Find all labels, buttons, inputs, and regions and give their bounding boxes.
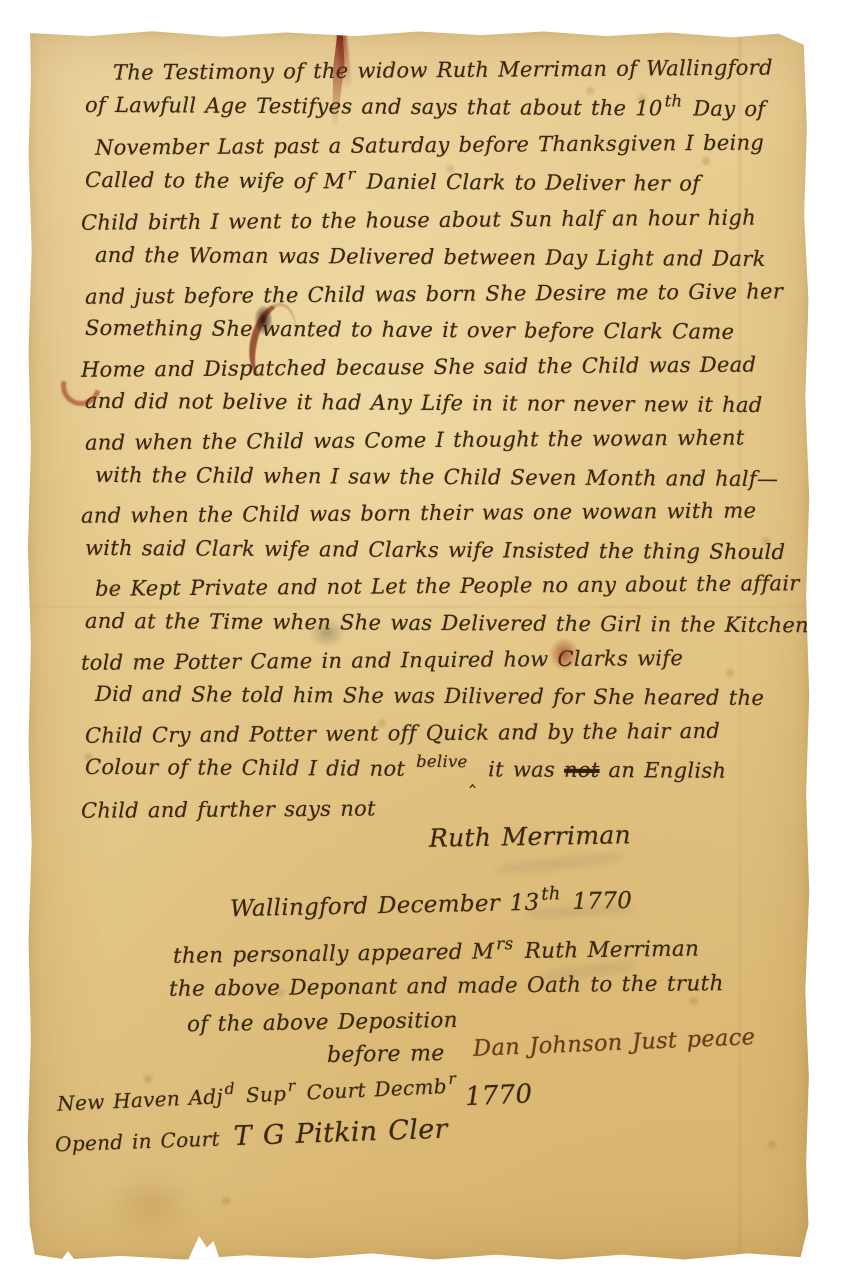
manuscript-line: and when the Child was Come I thought th…: [85, 419, 791, 461]
manuscript-line: Child Cry and Potter went off Quick and …: [85, 712, 791, 754]
text-segment: Wallingford December 13: [230, 890, 540, 922]
text-segment: then personally appeared M: [173, 939, 495, 968]
text-segment: with said Clark wife and Clarks wife Ins…: [85, 536, 785, 564]
text-segment: Sup: [237, 1081, 287, 1107]
manuscript-line: and the Woman was Delivered between Day …: [95, 237, 791, 278]
sup-text: r: [448, 1070, 457, 1088]
text-segment: of the above Deposition: [187, 1008, 458, 1037]
text-segment: and when the Child was Come I thought th…: [85, 426, 745, 455]
sup-text: r: [287, 1077, 296, 1095]
text-segment: the above Deponant and made Oath to the …: [169, 971, 724, 1002]
text-segment: Court Decmb: [297, 1074, 447, 1105]
sup-text: th: [665, 91, 683, 110]
manuscript-line: Wallingford December 13th 1770: [230, 888, 633, 922]
ink-showthrough: [495, 851, 625, 876]
manuscript-paper: The Testimony of the widow Ruth Merriman…: [27, 30, 810, 1262]
text-segment: and the Woman was Delivered between Day …: [95, 243, 766, 271]
manuscript-line: Something She wanted to have it over bef…: [85, 310, 791, 351]
manuscript-line: and did not belive it had Any Life in it…: [85, 383, 791, 424]
foxing-spots: [27, 30, 33, 36]
manuscript-line: of Lawfull Age Testifyes and says that a…: [85, 86, 791, 129]
text-segment: November Last past a Saturday before Tha…: [95, 131, 764, 160]
text-segment: Ruth Merriman: [515, 936, 699, 964]
paper-tear: [57, 1251, 79, 1263]
manuscript-line: Did and She told him She was Dilivered f…: [95, 676, 791, 717]
manuscript-line: The Testimony of the widow Ruth Merriman…: [113, 49, 791, 91]
clerk-text: T G Pitkin Cler: [233, 1114, 448, 1152]
deponent-signature: Ruth Merriman: [429, 820, 631, 853]
sup-text: r: [347, 164, 355, 183]
manuscript-line: be Kept Private and not Let the People n…: [95, 566, 791, 608]
paper-tear: [179, 1236, 227, 1264]
sup-text: d: [224, 1080, 235, 1098]
before-me-label: before me: [327, 1041, 445, 1068]
stain: [105, 1170, 195, 1240]
strike-text: not: [564, 758, 600, 782]
text-segment: told me Potter Came in and Inquired how …: [81, 646, 683, 675]
text-segment: and when the Child was born their was on…: [81, 499, 756, 528]
text-segment: Called to the wife of M: [85, 168, 346, 194]
manuscript-line: November Last past a Saturday before Tha…: [95, 124, 791, 166]
text-segment: with the Child when I saw the Child Seve…: [95, 462, 778, 490]
manuscript-line: Home and Dispatched because She said the…: [81, 346, 791, 388]
text-segment: and did not belive it had Any Life in it…: [85, 389, 763, 417]
manuscript-line: and when the Child was born their was on…: [81, 492, 791, 534]
text-segment: it was: [479, 758, 564, 783]
sup-text: belive: [416, 752, 467, 771]
manuscript-line: with the Child when I saw the Child Seve…: [95, 456, 791, 497]
text-segment: Home and Dispatched because She said the…: [81, 352, 756, 381]
text-segment: New Haven Adj: [57, 1084, 224, 1116]
manuscript-line: Colour of the Child I did not belive‸ it…: [85, 749, 791, 792]
text-segment: Child and further says not: [81, 796, 376, 822]
attestation-block: then personally appeared Mrs Ruth Merrim…: [173, 936, 724, 1038]
manuscript-line: Child birth I went to the house about Su…: [81, 200, 791, 242]
manuscript-line: told me Potter Came in and Inquired how …: [81, 639, 791, 681]
text-segment: Colour of the Child I did not: [85, 755, 414, 781]
dateline: Wallingford December 13th 1770: [230, 892, 632, 918]
manuscript-line: with said Clark wife and Clarks wife Ins…: [85, 530, 791, 571]
sup-text: rs: [496, 933, 513, 953]
text-segment: The Testimony of the widow Ruth Merriman…: [113, 55, 773, 84]
manuscript-line: Called to the wife of Mr Daniel Clark to…: [85, 162, 791, 205]
text-segment: Child birth I went to the house about Su…: [81, 206, 756, 235]
court-endorsement: New Haven Adjd Supr Court Decmbr1770Open…: [57, 1072, 532, 1156]
text-segment: and just before the Child was born She D…: [85, 279, 783, 308]
text-segment: Something She wanted to have it over bef…: [85, 316, 734, 344]
sup-text: th: [541, 883, 561, 904]
manuscript-line: and just before the Child was born She D…: [85, 273, 791, 315]
text-segment: Did and She told him She was Dilivered f…: [95, 682, 764, 710]
text-segment: 1770: [563, 888, 633, 915]
text-segment: Opend in Court: [55, 1127, 220, 1157]
text-segment: and at the Time when She was Delivered t…: [85, 609, 809, 637]
manuscript-line: and at the Time when She was Delivered t…: [85, 603, 791, 644]
text-segment: an English: [599, 758, 726, 783]
text-segment: Child Cry and Potter went off Quick and …: [85, 718, 720, 747]
testimony-body: The Testimony of the widow Ruth Merriman…: [85, 52, 791, 826]
text-segment: of Lawfull Age Testifyes and says that a…: [85, 92, 663, 120]
text-segment: be Kept Private and not Let the People n…: [95, 572, 800, 602]
text-segment: Day of: [684, 96, 765, 120]
text-segment: Daniel Clark to Deliver her of: [358, 169, 701, 195]
caret-text: ‸: [469, 767, 476, 789]
